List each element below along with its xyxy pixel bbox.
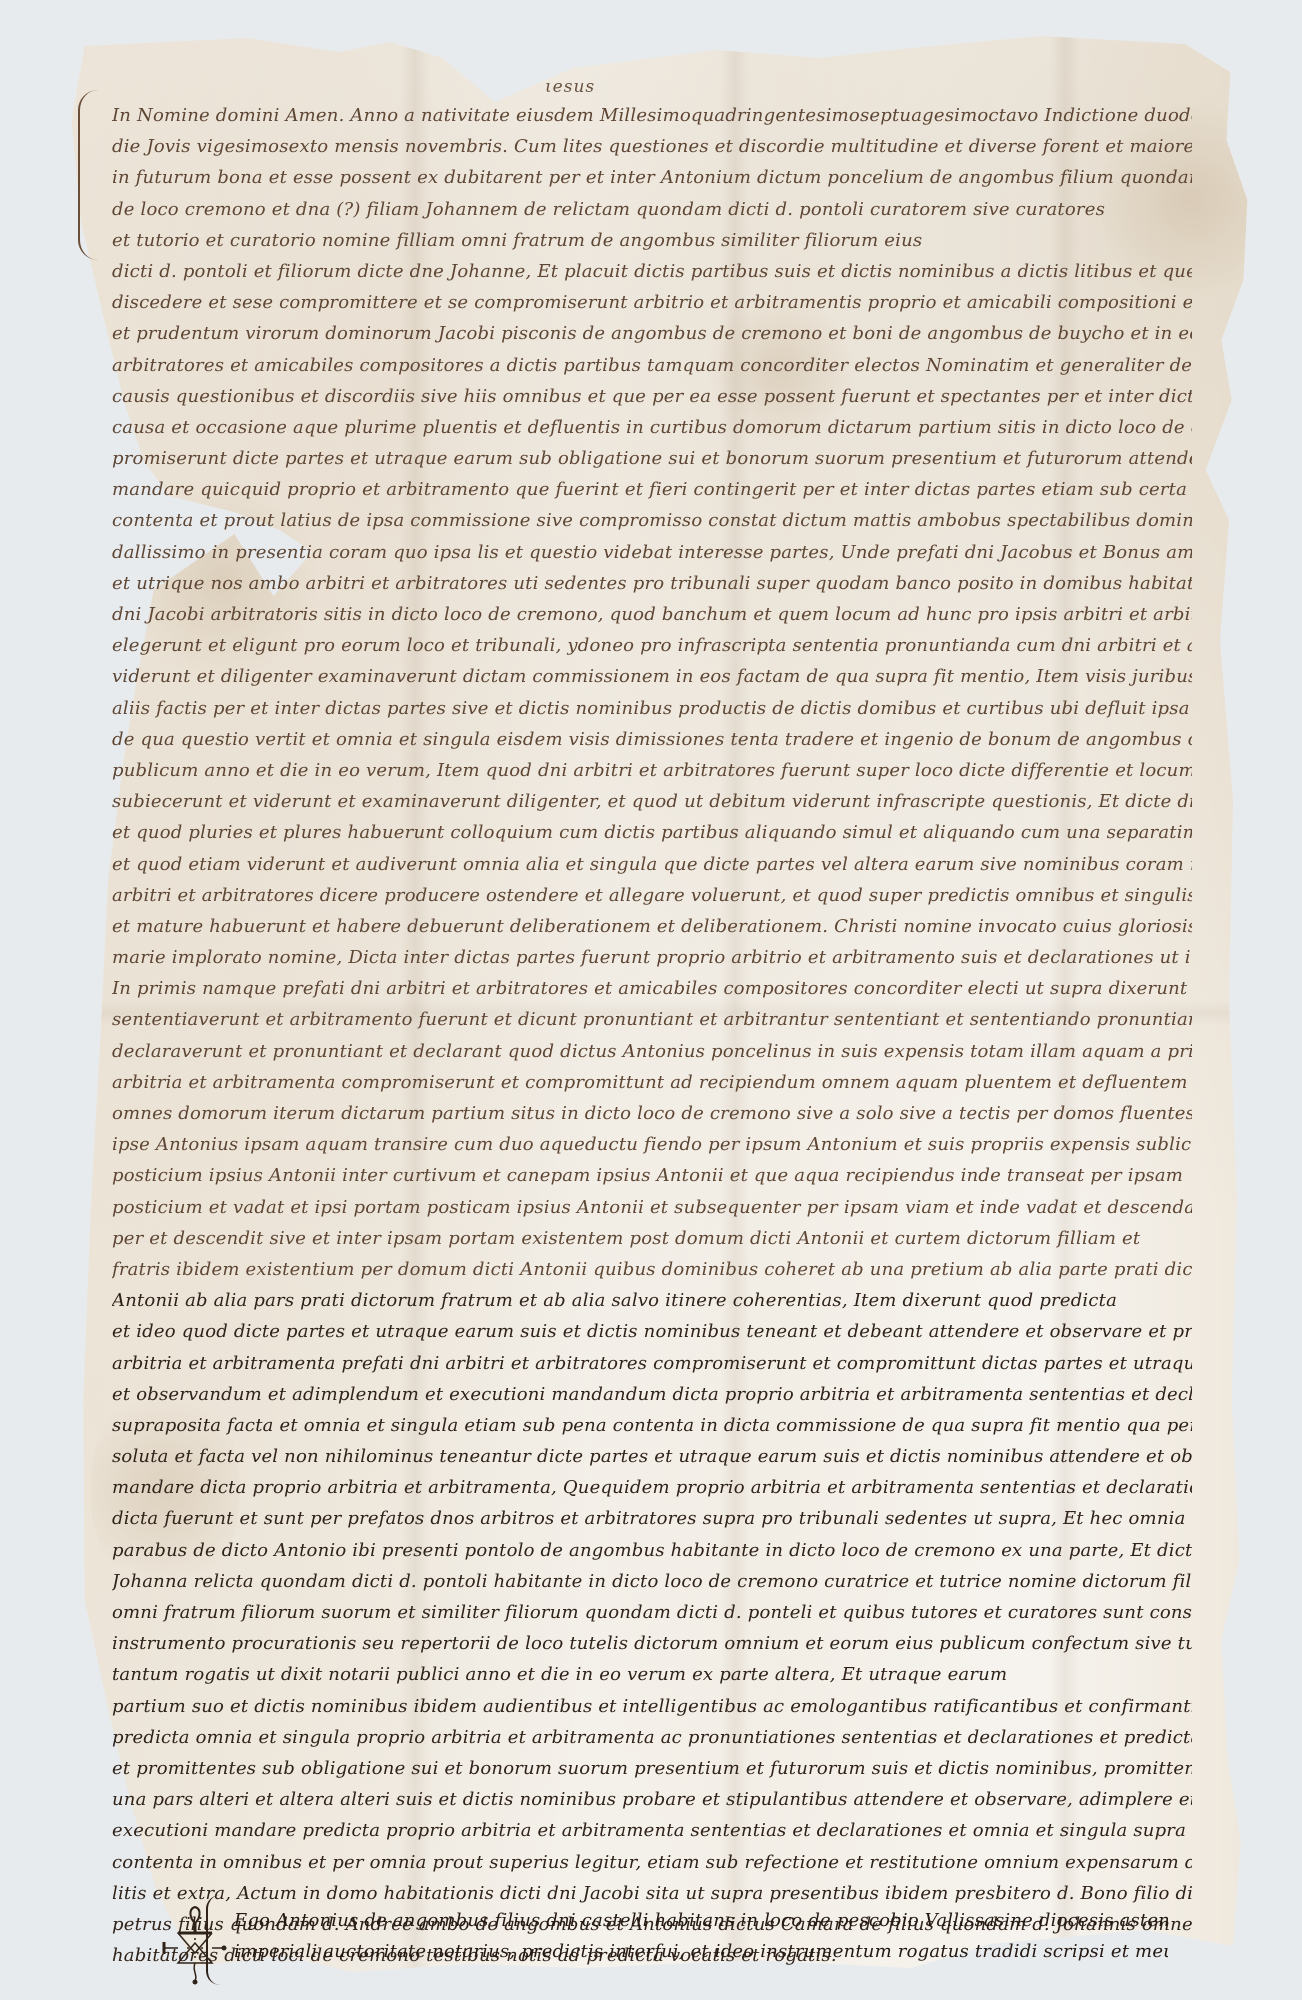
manuscript-line: sententiaverunt et arbitramento fuerunt … xyxy=(112,1004,1192,1035)
manuscript-line: viderunt et diligenter examinaverunt dic… xyxy=(112,661,1192,692)
manuscript-line: Johanna relicta quondam dicti d. pontoli… xyxy=(112,1566,1192,1597)
manuscript-line: et mature habuerunt et habere debuerunt … xyxy=(112,911,1192,942)
manuscript-line: et prudentum virorum dominorum Jacobi pi… xyxy=(112,318,1192,349)
manuscript-line: causis questionibus et discordiis sive h… xyxy=(112,381,1192,412)
document-body: In Nomine domini Amen. Anno a nativitate… xyxy=(112,100,1192,1971)
manuscript-line: et observandum et adimplendum et executi… xyxy=(112,1379,1192,1410)
manuscript-line: parabus de dicto Antonio ibi presenti po… xyxy=(112,1535,1192,1566)
manuscript-line: arbitri et arbitratores dicere producere… xyxy=(112,880,1192,911)
manuscript-line: arbitratores et amicabiles compositores … xyxy=(112,350,1192,381)
manuscript-line: contenta et prout latius de ipsa commiss… xyxy=(112,505,1192,536)
manuscript-line: tantum rogatis ut dixit notarii publici … xyxy=(112,1659,1192,1690)
manuscript-line: causa et occasione aque plurime pluentis… xyxy=(112,412,1192,443)
manuscript-line: omnes domorum iterum dictarum partium si… xyxy=(112,1098,1192,1129)
notary-subscription: Ego Antonius de angombus filius dni cast… xyxy=(208,1905,1168,1967)
manuscript-line: partium suo et dictis nominibus ibidem a… xyxy=(112,1691,1192,1722)
manuscript-line: et tutorio et curatorio nomine filliam o… xyxy=(112,225,1192,256)
manuscript-line: et utrique nos ambo arbitri et arbitrato… xyxy=(112,568,1192,599)
manuscript-line: ipse Antonius ipsam aquam transire cum d… xyxy=(112,1129,1192,1160)
manuscript-line: arbitria et arbitramenta prefati dni arb… xyxy=(112,1348,1192,1379)
decorated-initial xyxy=(78,90,100,260)
manuscript-line: omni fratrum filiorum suorum et similite… xyxy=(112,1597,1192,1628)
manuscript-line: posticium et vadat et ipsi portam postic… xyxy=(112,1192,1192,1223)
manuscript-line: soluta et facta vel non nihilominus tene… xyxy=(112,1441,1192,1472)
manuscript-line: posticium ipsius Antonii inter curtivum … xyxy=(112,1160,1192,1191)
manuscript-line: dallissimo in presentia coram quo ipsa l… xyxy=(112,537,1192,568)
manuscript-line: mandare quicquid proprio et arbitramento… xyxy=(112,474,1192,505)
manuscript-line: instrumento procurationis seu repertorii… xyxy=(112,1628,1192,1659)
manuscript-line: declaraverunt et pronuntiant et declaran… xyxy=(112,1036,1192,1067)
manuscript-line: dni Jacobi arbitratoris sitis in dicto l… xyxy=(112,599,1192,630)
manuscript-line: et quod etiam viderunt et audiverunt omn… xyxy=(112,849,1192,880)
header-invocation-mark: ιesus xyxy=(545,77,595,97)
manuscript-line: et quod pluries et plures habuerunt coll… xyxy=(112,817,1192,848)
manuscript-line: aliis factis per et inter dictas partes … xyxy=(112,693,1192,724)
manuscript-line: Antonii ab alia pars prati dictorum frat… xyxy=(112,1285,1192,1316)
manuscript-line: arbitria et arbitramenta compromiserunt … xyxy=(112,1067,1192,1098)
manuscript-line: elegerunt et eligunt pro eorum loco et t… xyxy=(112,630,1192,661)
manuscript-line: fratris ibidem existentium per domum dic… xyxy=(112,1254,1192,1285)
subscription-line: imperiali auctoritate notarius, predicti… xyxy=(208,1936,1168,1967)
manuscript-line: executioni mandare predicta proprio arbi… xyxy=(112,1815,1192,1846)
manuscript-line: dicti d. pontoli et filiorum dicte dne J… xyxy=(112,256,1192,287)
manuscript-line: die Jovis vigesimosexto mensis novembris… xyxy=(112,131,1192,162)
manuscript-line: subiecerunt et viderunt et examinaverunt… xyxy=(112,786,1192,817)
manuscript-line: predicta omnia et singula proprio arbitr… xyxy=(112,1722,1192,1753)
manuscript-line: discedere et sese compromittere et se co… xyxy=(112,287,1192,318)
manuscript-line: publicum anno et die in eo verum, Item q… xyxy=(112,755,1192,786)
manuscript-line: contenta in omnibus et per omnia prout s… xyxy=(112,1847,1192,1878)
manuscript-line: supraposita facta et omnia et singula et… xyxy=(112,1410,1192,1441)
manuscript-line: In primis namque prefati dni arbitri et … xyxy=(112,973,1192,1004)
manuscript-line: in futurum bona et esse possent ex dubit… xyxy=(112,162,1192,193)
subscription-line: Ego Antonius de angombus filius dni cast… xyxy=(208,1905,1168,1936)
manuscript-line: In Nomine domini Amen. Anno a nativitate… xyxy=(112,100,1192,131)
manuscript-line: marie implorato nomine, Dicta inter dict… xyxy=(112,942,1192,973)
manuscript-line: per et descendit sive et inter ipsam por… xyxy=(112,1223,1192,1254)
manuscript-line: de loco cremono et dna (?) filiam Johann… xyxy=(112,194,1192,225)
manuscript-line: et ideo quod dicte partes et utraque ear… xyxy=(112,1316,1192,1347)
manuscript-line: mandare dicta proprio arbitria et arbitr… xyxy=(112,1472,1192,1503)
manuscript-line: una pars alteri et altera alteri suis et… xyxy=(112,1784,1192,1815)
manuscript-line: dicta fuerunt et sunt per prefatos dnos … xyxy=(112,1503,1192,1534)
manuscript-line: de qua questio vertit et omnia et singul… xyxy=(112,724,1192,755)
manuscript-line: et promittentes sub obligatione sui et b… xyxy=(112,1753,1192,1784)
manuscript-line: promiserunt dicte partes et utraque earu… xyxy=(112,443,1192,474)
